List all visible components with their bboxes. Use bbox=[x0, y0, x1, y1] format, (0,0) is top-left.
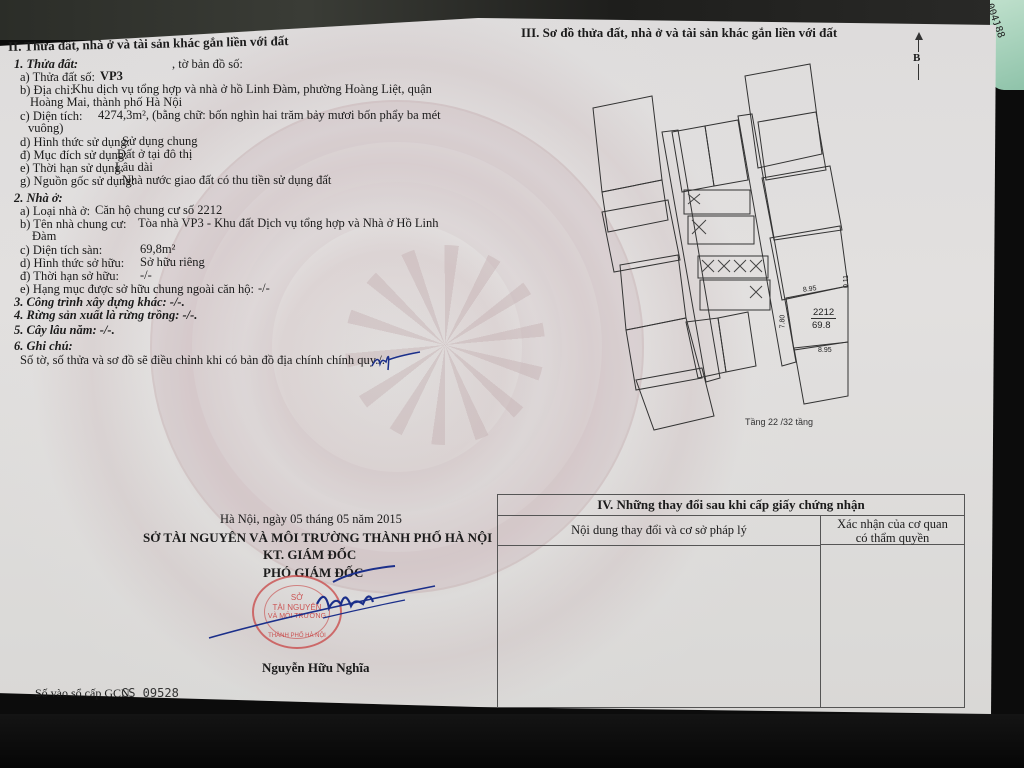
house-type-label: a) Loại nhà ở: bbox=[20, 204, 90, 218]
land-heading: 1. Thửa đất: bbox=[14, 57, 78, 71]
usage-form-label: d) Hình thức sử dụng: bbox=[20, 135, 130, 149]
address-value-1: Khu dịch vụ tổng hợp và nhà ở hồ Linh Đà… bbox=[72, 82, 432, 96]
table-divider bbox=[820, 545, 821, 707]
dimension-bottom: 8.95 bbox=[818, 347, 832, 354]
notes-text: Số tờ, số thửa và sơ đồ sẽ điều chỉnh kh… bbox=[20, 353, 385, 367]
unit-area: 69.8 bbox=[812, 320, 831, 331]
origin-value: Nhà nước giao đất có thu tiền sử dụng đấ… bbox=[122, 173, 331, 187]
background-bottom bbox=[0, 714, 1024, 768]
origin-label: g) Nguồn gốc sử dụng: bbox=[20, 174, 135, 188]
planted-forest: 4. Rừng sản xuất là rừng trồng: -/-. bbox=[14, 308, 197, 322]
signer-name: Nguyễn Hữu Nghĩa bbox=[262, 661, 370, 675]
dimension-small: 0.11 bbox=[843, 275, 850, 288]
floor-plan-diagram bbox=[590, 60, 850, 440]
usage-term-value: Lâu dài bbox=[115, 160, 153, 174]
north-arrow: B bbox=[912, 32, 926, 78]
register-label: Số vào sổ cấp GCN: bbox=[35, 686, 133, 700]
director-signature bbox=[205, 560, 445, 640]
usage-purpose-value: Đất ở tại đô thị bbox=[117, 147, 192, 161]
address-value-2: Hoàng Mai, thành phố Hà Nội bbox=[30, 95, 182, 109]
usage-form-value: Sử dụng chung bbox=[122, 134, 198, 148]
notes-heading: 6. Ghi chú: bbox=[14, 339, 73, 353]
floor-label: Tầng 22 /32 tầng bbox=[745, 417, 813, 427]
ownership-form-value: Sở hữu riêng bbox=[140, 255, 205, 269]
section-3-title: III. Sơ đồ thửa đất, nhà ở và tài sản kh… bbox=[521, 26, 837, 40]
changes-table: IV. Những thay đổi sau khi cấp giấy chứn… bbox=[497, 494, 965, 708]
floor-area-label: c) Diện tích sàn: bbox=[20, 243, 102, 257]
changes-col-content-header: Nội dung thay đổi và cơ sở pháp lý bbox=[498, 515, 821, 546]
usage-term-label: e) Thời hạn sử dụng: bbox=[20, 161, 124, 175]
ownership-term-value: -/- bbox=[140, 268, 152, 282]
building-name-value-2: Đàm bbox=[32, 229, 56, 243]
arrow-head-icon bbox=[915, 32, 923, 40]
house-type-value: Căn hộ chung cư số 2212 bbox=[95, 203, 222, 217]
ownership-form-label: d) Hình thức sở hữu: bbox=[20, 256, 124, 270]
building-name-value-1: Tòa nhà VP3 - Khu đất Dịch vụ tổng hợp v… bbox=[138, 216, 438, 230]
issuing-authority: SỞ TÀI NGUYÊN VÀ MÔI TRƯỜNG THÀNH PHỐ HÀ… bbox=[143, 531, 492, 545]
section-4-title: IV. Những thay đổi sau khi cấp giấy chứn… bbox=[498, 497, 964, 516]
col2-line-2: có thẩm quyền bbox=[821, 531, 964, 545]
common-items-label: e) Hạng mục được sở hữu chung ngoài căn … bbox=[20, 282, 254, 296]
issue-date: Hà Nội, ngày 05 tháng 05 năm 2015 bbox=[220, 512, 402, 526]
area-value-1: 4274,3m², (bằng chữ: bốn nghìn hai trăm … bbox=[98, 108, 441, 122]
perennial-trees: 5. Cây lâu năm: -/-. bbox=[14, 323, 115, 337]
floor-area-value: 69,8m² bbox=[140, 242, 175, 256]
house-heading: 2. Nhà ở: bbox=[14, 191, 63, 205]
map-sheet-label: , tờ bản đồ số: bbox=[172, 57, 243, 71]
register-value: CS 09528 bbox=[121, 686, 179, 700]
initials-signature bbox=[368, 344, 423, 374]
dimension-side: 7.80 bbox=[779, 315, 786, 329]
col2-line-1: Xác nhận của cơ quan bbox=[821, 517, 964, 531]
unit-number: 2212 bbox=[811, 307, 836, 319]
usage-purpose-label: đ) Mục đích sử dụng: bbox=[20, 148, 127, 162]
ownership-term-label: đ) Thời hạn sở hữu: bbox=[20, 269, 119, 283]
common-items-value: -/- bbox=[258, 281, 270, 295]
area-value-2: vuông) bbox=[28, 121, 63, 135]
parcel-number-value: VP3 bbox=[100, 69, 123, 83]
other-construction: 3. Công trình xây dựng khác: -/-. bbox=[14, 295, 185, 309]
north-label: B bbox=[913, 52, 920, 64]
changes-col-confirmation-header: Xác nhận của cơ quan có thẩm quyền bbox=[821, 515, 964, 545]
